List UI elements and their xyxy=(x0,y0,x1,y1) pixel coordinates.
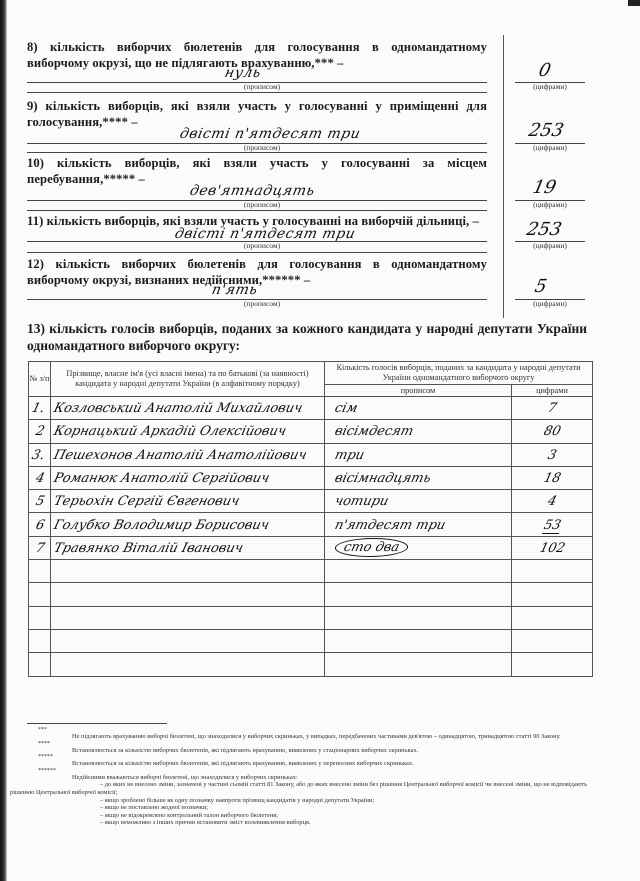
candidate-name-cell: Корнацький Аркадій Олексійович xyxy=(51,420,325,443)
invalid-reason: – якщо не поставлено жодної позначки; xyxy=(10,804,590,812)
votes-in-digits-cell xyxy=(512,606,593,629)
invalid-reason: – якщо неможливо з інших причин встанови… xyxy=(10,819,590,827)
votes-in-digits-cell xyxy=(512,629,593,652)
table-row: 2Корнацький Аркадій Олексійовичвісімдеся… xyxy=(29,420,593,443)
votes-in-digits-cell xyxy=(512,583,593,606)
row-number-cell: 4 xyxy=(29,466,51,489)
header-number: № з/п xyxy=(29,362,51,397)
table-row: 6Голубко Володимир Борисовичп'ятдесят тр… xyxy=(29,513,593,536)
candidate-name-cell xyxy=(51,583,325,606)
votes-in-words: вісімнадцять xyxy=(333,471,432,486)
votes-in-digits-cell: 4 xyxy=(512,490,593,513)
row-number: 1. xyxy=(30,401,46,416)
row-number-cell xyxy=(29,606,51,629)
row-number-cell: 6 xyxy=(29,513,51,536)
footnote-text: Недійсними вважаються виборчі бюлетені, … xyxy=(10,774,590,782)
candidate-name: Козловський Анатолій Михайлович xyxy=(52,401,304,416)
votes-in-words-cell: чотири xyxy=(325,490,512,513)
votes-in-digits: 3 xyxy=(546,448,558,463)
table-row: 5Терьохін Сергій Євгеновиччотири4 xyxy=(29,490,593,513)
item-separator xyxy=(27,152,487,153)
row-number: 4 xyxy=(34,471,46,486)
item-8-digits-caption: (цифрами) xyxy=(520,82,580,91)
table-row xyxy=(29,560,593,583)
votes-in-words-cell: три xyxy=(325,443,512,466)
votes-in-digits: 18 xyxy=(542,471,562,486)
votes-in-words-cell xyxy=(325,560,512,583)
item-12-words-value: п'ять xyxy=(210,282,259,298)
candidate-votes-table: № з/п Прізвище, власне ім'я (усі власні … xyxy=(28,361,593,677)
votes-in-digits-cell xyxy=(512,560,593,583)
item-8-digits-value: 0 xyxy=(537,60,553,81)
item-10-words-caption: (прописом) xyxy=(232,200,292,209)
candidate-name: Пешехонов Анатолій Анатолійович xyxy=(52,448,308,463)
row-number-cell: 2 xyxy=(29,420,51,443)
votes-in-words-cell: сто два xyxy=(325,536,512,559)
item-12-digits-value: 5 xyxy=(533,276,549,297)
item-11-words-caption: (прописом) xyxy=(232,241,292,250)
votes-in-words-cell: вісімдесят xyxy=(325,420,512,443)
votes-in-words-cell: п'ятдесят три xyxy=(325,513,512,536)
votes-in-digits-cell xyxy=(512,653,593,676)
scan-edge-shadow xyxy=(0,0,7,881)
invalid-reason: – якщо зроблено більше як одну позначку … xyxy=(10,797,590,805)
row-number-cell xyxy=(29,653,51,676)
row-number-cell xyxy=(29,583,51,606)
row-number: 5 xyxy=(34,494,46,509)
item-separator xyxy=(27,92,487,93)
item-9-digits-caption: (цифрами) xyxy=(520,143,580,152)
footnote-text: Встановлюється за кількістю виборчих бюл… xyxy=(10,760,590,768)
header-votes-group: Кількість голосів виборців, поданих за к… xyxy=(325,362,593,385)
item-10-words-value: дев'ятнадцять xyxy=(188,183,316,199)
candidate-name: Корнацький Аркадій Олексійович xyxy=(52,424,288,439)
item-11-digits-value: 253 xyxy=(525,219,564,240)
candidate-name-cell: Пешехонов Анатолій Анатолійович xyxy=(51,443,325,466)
column-divider xyxy=(503,35,504,318)
votes-in-words-cell xyxy=(325,583,512,606)
row-number-cell xyxy=(29,629,51,652)
scan-corner-mark xyxy=(628,0,640,6)
item-10-digits-caption: (цифрами) xyxy=(520,200,580,209)
votes-in-words: чотири xyxy=(333,494,390,509)
row-number-cell: 3. xyxy=(29,443,51,466)
votes-in-digits: 4 xyxy=(546,494,558,509)
footnotes: *** Не підлягають врахуванню виборчі бюл… xyxy=(10,727,590,827)
item-separator xyxy=(27,252,487,253)
votes-in-words-cell xyxy=(325,653,512,676)
votes-in-words-cell: сім xyxy=(325,397,512,420)
votes-in-words-cell xyxy=(325,606,512,629)
votes-in-digits: 80 xyxy=(542,424,562,439)
table-row: 3.Пешехонов Анатолій Анатолійовичтри3 xyxy=(29,443,593,466)
votes-in-words: сто два xyxy=(333,538,411,557)
votes-in-digits-cell: 102 xyxy=(512,536,593,559)
invalid-reason: – якщо не відокремлено контрольний талон… xyxy=(10,812,590,820)
candidate-name-cell: Романюк Анатолій Сергійович xyxy=(51,466,325,489)
votes-in-words: сім xyxy=(333,401,359,416)
row-number: 7 xyxy=(34,541,46,556)
candidate-name: Травянко Віталій Іванович xyxy=(52,541,245,556)
votes-in-words-cell: вісімнадцять xyxy=(325,466,512,489)
footnote-rule xyxy=(27,723,167,724)
header-votes-words: прописом xyxy=(325,385,512,397)
candidate-name-cell xyxy=(51,560,325,583)
votes-in-words: три xyxy=(333,448,366,463)
invalid-reason: – до яких не внесено зміни, зазначені у … xyxy=(10,781,590,796)
votes-in-digits-cell: 7 xyxy=(512,397,593,420)
item-8-words-caption: (прописом) xyxy=(232,82,292,91)
votes-in-digits-cell: 53 xyxy=(512,513,593,536)
table-row xyxy=(29,653,593,676)
item-9-digits-value: 253 xyxy=(527,120,566,141)
item-10-digits-value: 19 xyxy=(531,177,558,198)
candidate-name: Романюк Анатолій Сергійович xyxy=(52,471,271,486)
candidate-name: Голубко Володимир Борисович xyxy=(52,518,271,533)
table-row xyxy=(29,583,593,606)
candidate-name: Терьохін Сергій Євгенович xyxy=(52,494,241,509)
votes-in-digits-cell: 80 xyxy=(512,420,593,443)
votes-in-digits-cell: 18 xyxy=(512,466,593,489)
row-number: 6 xyxy=(34,518,46,533)
footnote-text: Встановлюється за кількістю виборчих бюл… xyxy=(10,747,590,755)
candidate-name-cell: Терьохін Сергій Євгенович xyxy=(51,490,325,513)
item-9-words-caption: (прописом) xyxy=(232,143,292,152)
candidate-name-cell xyxy=(51,606,325,629)
votes-in-words: п'ятдесят три xyxy=(333,518,447,533)
row-number-cell: 7 xyxy=(29,536,51,559)
item-separator xyxy=(27,210,487,211)
table-row: 7Травянко Віталій Івановичсто два102 xyxy=(29,536,593,559)
row-number-cell xyxy=(29,560,51,583)
votes-in-digits-cell: 3 xyxy=(512,443,593,466)
row-number: 3. xyxy=(30,448,46,463)
votes-in-digits: 53 xyxy=(542,518,563,534)
item-11-words-value: двісті п'ятдесят три xyxy=(173,226,357,242)
candidate-name-cell: Голубко Володимир Борисович xyxy=(51,513,325,536)
table-row xyxy=(29,629,593,652)
item-12-words-caption: (прописом) xyxy=(232,299,292,308)
footnote-text: Не підлягають врахуванню виборчі бюлетен… xyxy=(10,733,590,741)
header-name: Прізвище, власне ім'я (усі власні імена)… xyxy=(51,362,325,397)
candidate-name-cell: Травянко Віталій Іванович xyxy=(51,536,325,559)
table-row: 4Романюк Анатолій Сергійовичвісімнадцять… xyxy=(29,466,593,489)
row-number: 2 xyxy=(34,424,46,439)
row-number-cell: 1. xyxy=(29,397,51,420)
row-number-cell: 5 xyxy=(29,490,51,513)
candidate-name-cell xyxy=(51,629,325,652)
candidate-name-cell xyxy=(51,653,325,676)
votes-in-words: вісімдесят xyxy=(333,424,415,439)
votes-in-digits: 102 xyxy=(538,541,567,556)
item-9-words-value: двісті п'ятдесят три xyxy=(178,126,362,142)
header-votes-digits: цифрами xyxy=(512,385,593,397)
votes-in-words-cell xyxy=(325,629,512,652)
candidate-name-cell: Козловський Анатолій Михайлович xyxy=(51,397,325,420)
item-8-words-value: нуль xyxy=(223,65,262,81)
table-row xyxy=(29,606,593,629)
votes-in-digits: 7 xyxy=(546,401,558,416)
section-13-title: 13) кількість голосів виборців, поданих … xyxy=(27,320,587,354)
item-11-digits-caption: (цифрами) xyxy=(520,241,580,250)
item-12-digits-caption: (цифрами) xyxy=(520,299,580,308)
table-row: 1.Козловський Анатолій Михайловичсім7 xyxy=(29,397,593,420)
